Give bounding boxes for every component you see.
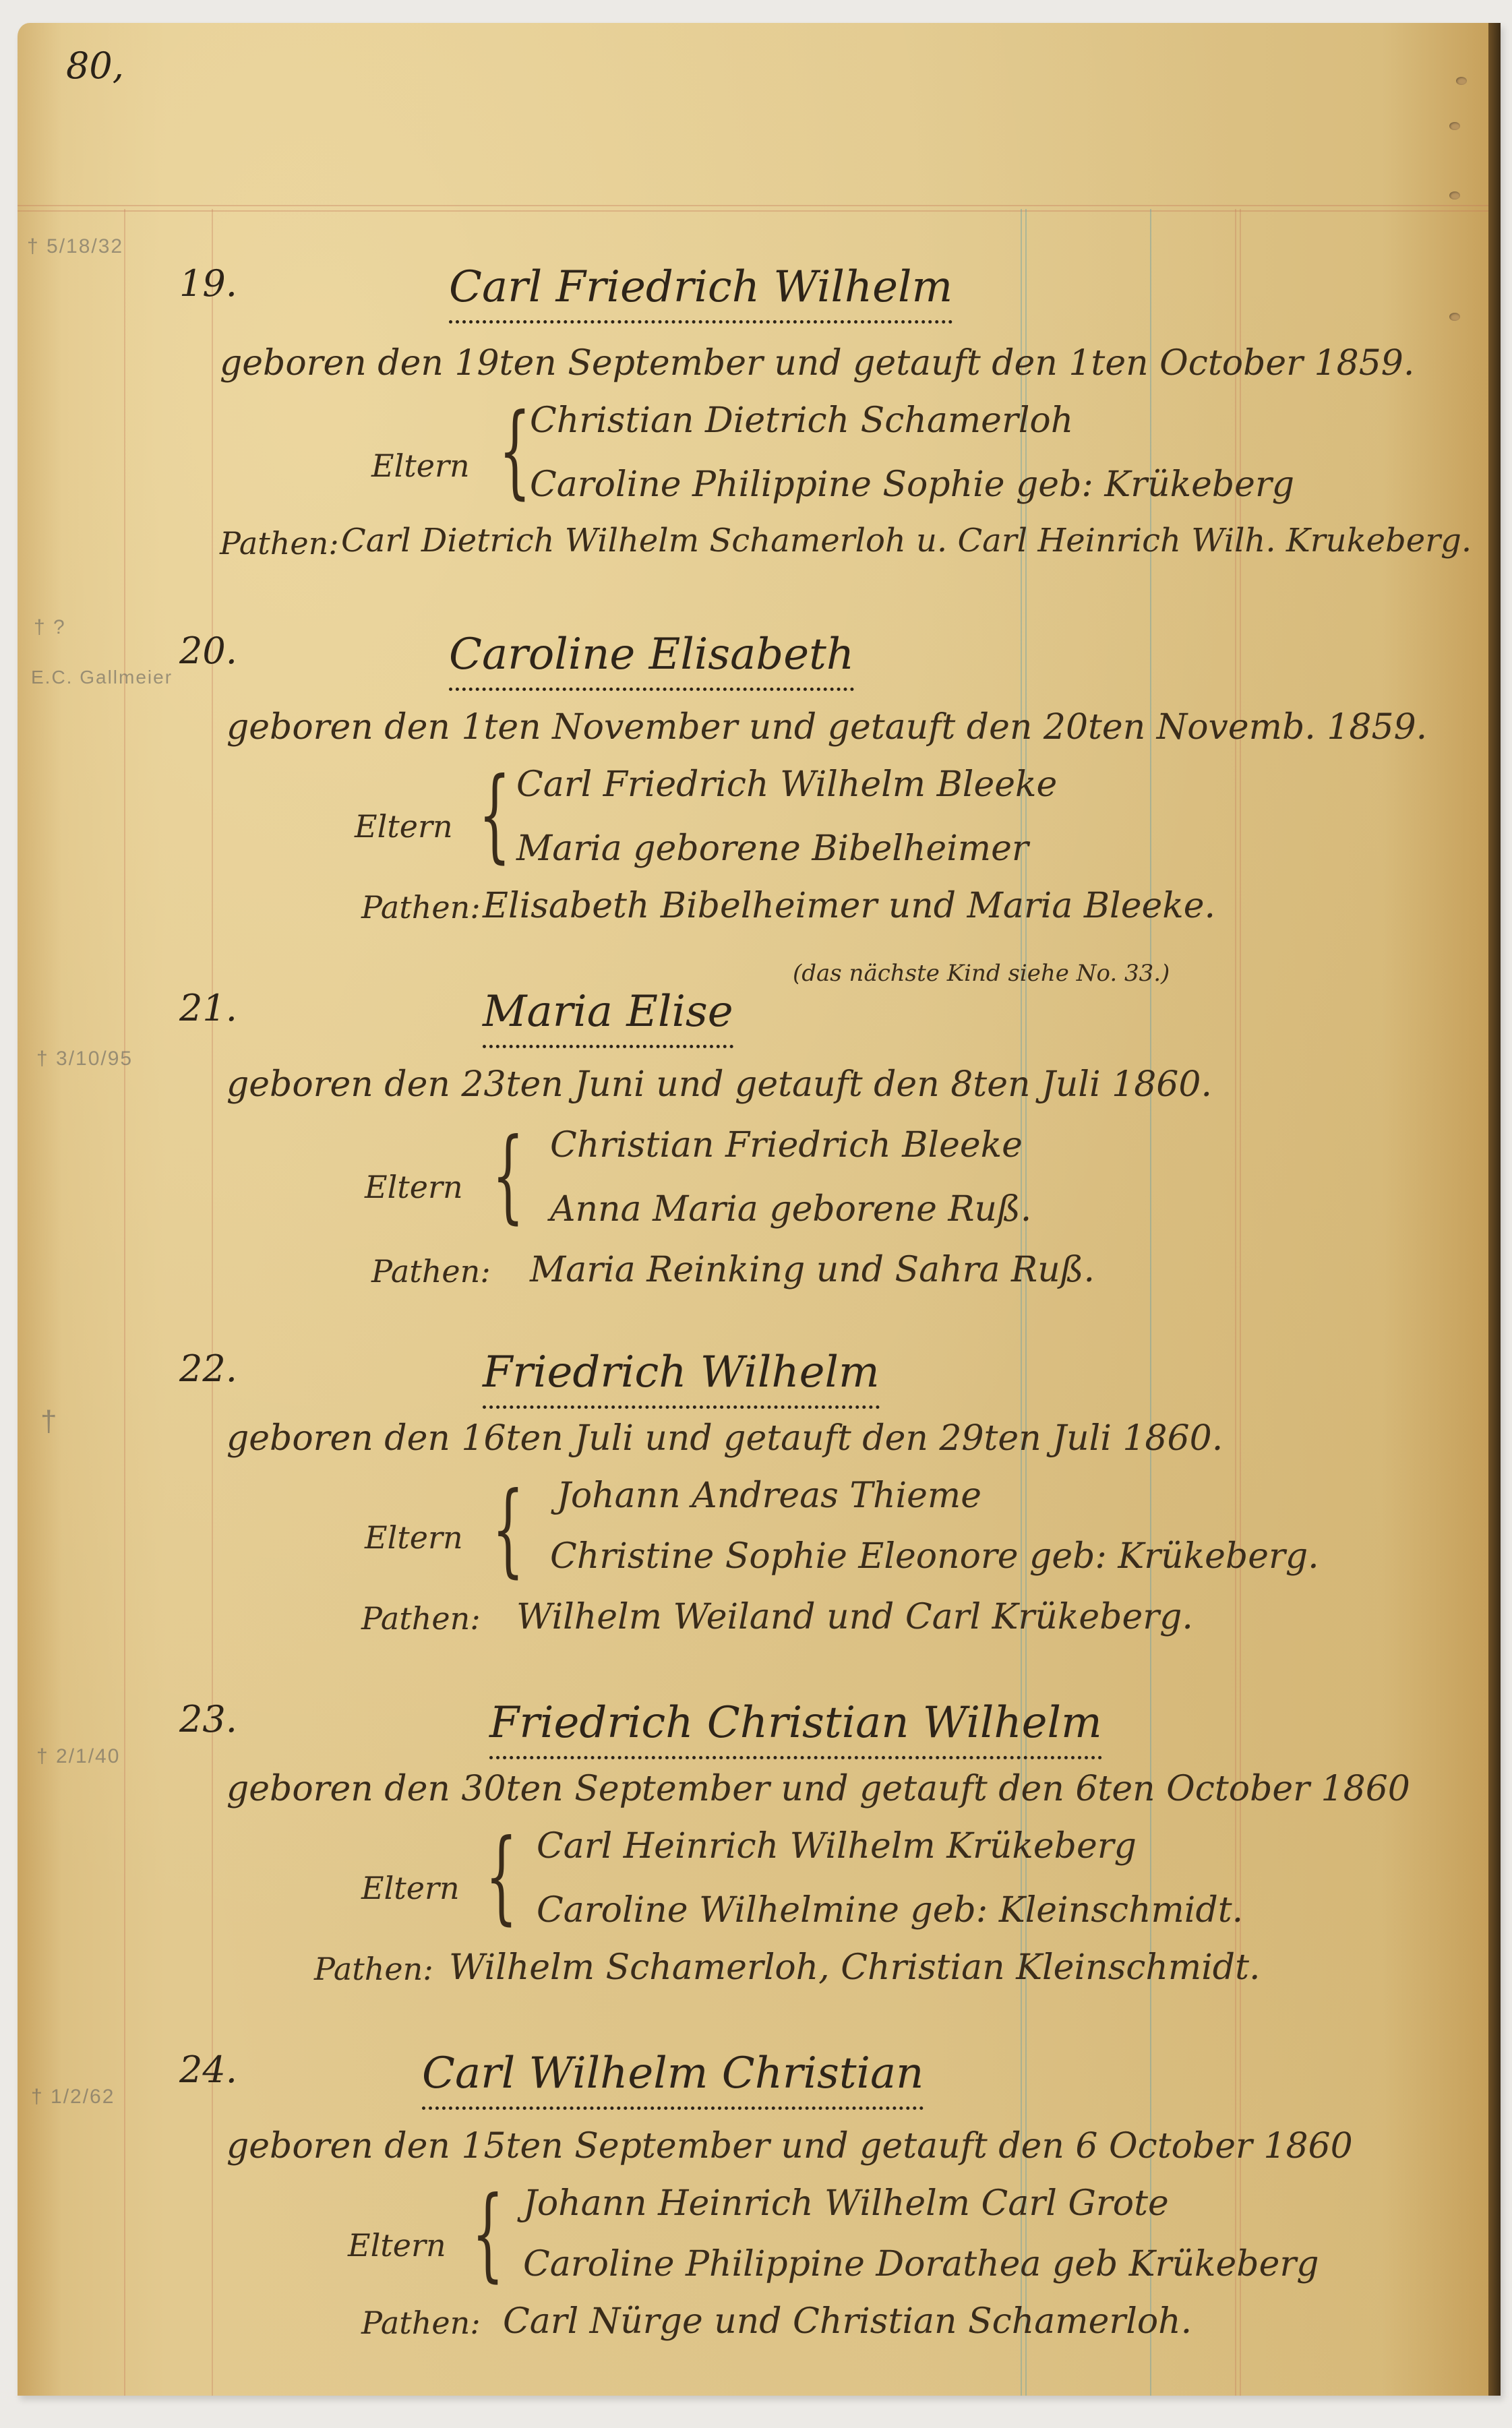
mother-name: Caroline Wilhelmine geb: Kleinschmidt. [537,1890,1243,1931]
parents-label: Eltern [361,1870,460,1906]
mother-name: Caroline Philippine Dorathea geb Krükebe… [523,2244,1319,2284]
pencil-death-note: † 5/18/32 [27,235,123,258]
parents-label: Eltern [371,448,470,484]
parents-brace: { [492,1479,524,1580]
child-name: Maria Elise [483,987,733,1048]
register-page: 80, † 5/18/32 † ? E.C. Gallmeier † 3/10/… [18,23,1501,2396]
entry-number: 23. [179,1698,237,1740]
pencil-death-note: † 1/2/62 [31,2086,115,2108]
binding-hole [1456,77,1467,85]
father-name: Johann Heinrich Wilhelm Carl Grote [523,2183,1169,2224]
binding-hole [1449,313,1460,321]
godparents-names: Maria Reinking und Sahra Ruß. [530,1250,1095,1290]
header-rule [18,205,1488,206]
godparents-label: Pathen: [361,2305,481,2341]
page-number: 80, [66,44,124,87]
binding-hole [1449,191,1460,200]
header-rule [18,210,1488,212]
father-name: Johann Andreas Thieme [557,1476,981,1516]
godparents-label: Pathen: [361,889,481,925]
binding-hole [1449,122,1460,130]
parents-brace: { [499,400,531,502]
parents-label: Eltern [365,1519,463,1556]
birth-baptism-dates: geboren den 16ten Juli und getauft den 2… [226,1418,1223,1459]
birth-baptism-dates: geboren den 1ten November und getauft de… [226,707,1427,748]
mother-name: Caroline Philippine Sophie geb: Krükeber… [530,464,1294,505]
child-name: Friedrich Christian Wilhelm [489,1698,1102,1759]
mother-name: Christine Sophie Eleonore geb: Krükeberg… [550,1536,1319,1577]
pencil-death-note: † 2/1/40 [36,1745,120,1768]
child-name: Caroline Elisabeth [449,630,854,691]
pencil-name-note: E.C. Gallmeier [31,667,173,688]
godparents-names: Carl Dietrich Wilhelm Schamerloh u. Carl… [341,522,1472,559]
parents-label: Eltern [365,1169,463,1205]
entry-number: 24. [179,2048,237,2091]
godparents-names: Wilhelm Weiland und Carl Krükeberg. [516,1597,1193,1637]
godparents-label: Pathen: [220,525,339,562]
father-name: Christian Dietrich Schamerloh [530,400,1073,441]
margin-rule [124,209,125,2396]
godparents-label: Pathen: [371,1253,491,1289]
pencil-death-note: † 3/10/95 [36,1048,133,1070]
parents-label: Eltern [355,808,453,845]
entry-number: 21. [179,987,237,1029]
mother-name: Anna Maria geborene Ruß. [550,1189,1031,1230]
birth-baptism-dates: geboren den 19ten September und getauft … [220,343,1414,384]
godparents-label: Pathen: [361,1600,481,1637]
page-edge [1488,23,1501,2396]
pencil-death-note: † [40,1405,58,1438]
birth-baptism-dates: geboren den 23ten Juni und getauft den 8… [226,1064,1212,1105]
parents-brace: { [492,1125,524,1226]
father-name: Carl Friedrich Wilhelm Bleeke [516,764,1057,805]
parents-brace: { [485,1826,518,1927]
entry-number: 19. [179,262,237,305]
godparents-names: Elisabeth Bibelheimer und Maria Bleeke. [483,886,1215,926]
parents-label: Eltern [348,2227,446,2264]
parents-brace: { [472,2183,504,2284]
entry-number: 22. [179,1347,237,1390]
godparents-label: Pathen: [314,1951,433,1987]
birth-baptism-dates: geboren den 15ten September und getauft … [226,2126,1353,2166]
child-name: Friedrich Wilhelm [483,1347,880,1409]
pencil-death-note: † ? [34,616,66,639]
child-name: Carl Wilhelm Christian [422,2048,924,2110]
mother-name: Maria geborene Bibelheimer [516,828,1029,869]
entry-number: 20. [179,630,237,672]
child-name: Carl Friedrich Wilhelm [449,262,952,324]
birth-baptism-dates: geboren den 30ten September und getauft … [226,1769,1410,1809]
godparents-names: Carl Nürge und Christian Schamerloh. [503,2301,1192,2342]
godparents-names: Wilhelm Schamerloh, Christian Kleinschmi… [449,1947,1261,1988]
cross-reference-note: (das nächste Kind siehe No. 33.) [793,960,1170,987]
parents-brace: { [479,764,511,866]
father-name: Carl Heinrich Wilhelm Krükeberg [537,1826,1137,1866]
father-name: Christian Friedrich Bleeke [550,1125,1023,1165]
